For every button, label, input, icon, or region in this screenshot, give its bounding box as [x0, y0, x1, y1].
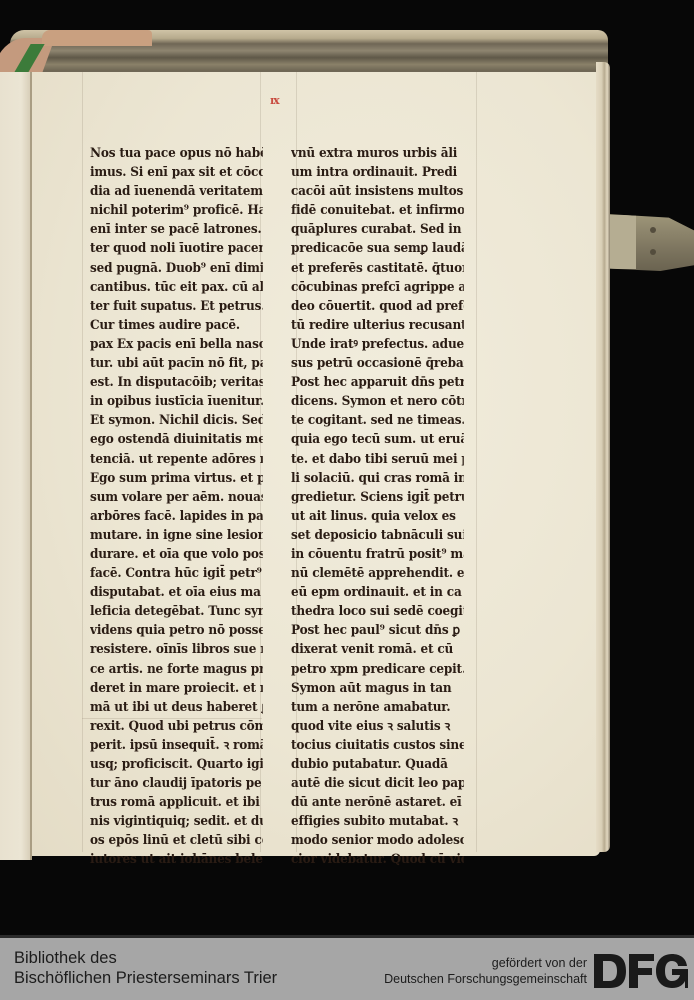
manuscript-line: gredietur. Sciens igit̄ petrus	[291, 487, 464, 506]
manuscript-line: Unde iratꝰ prefectus. aduer	[291, 334, 464, 353]
manuscript-line: os epōs linū et cletū sibi coad	[90, 830, 263, 849]
manuscript-line: tocius ciuitatis custos sine	[291, 735, 464, 754]
manuscript-line: Cur times audire pacē.	[90, 315, 263, 334]
footer-bar: Bibliothek des Bischöflichen Priestersem…	[0, 935, 694, 1000]
manuscript-line: rexit. Quod ubi petrus cōm	[90, 716, 263, 735]
manuscript-line: sed pugnā. Duob⁹ enī dimi	[90, 258, 263, 277]
manuscript-line: est. In disputacōib; veritas.	[90, 372, 263, 391]
dfg-logo-icon	[594, 954, 688, 988]
manuscript-line: quia ego tecū sum. ut eruā	[291, 429, 464, 448]
manuscript-line: nichil poterim⁹ proficē. Habēt	[90, 200, 263, 219]
manuscript-line: tum a nerōne amabatur.	[291, 697, 464, 716]
manuscript-line: deret in mare proiecit. et ro	[90, 678, 263, 697]
manuscript-line: mā ut ibi ut deus haberet ꝑ	[90, 697, 263, 716]
funding-notice: gefördert von der Deutschen Forschungsge…	[384, 955, 587, 987]
manuscript-line: ut ait linus. quia velox es	[291, 506, 464, 525]
book-clasp	[610, 213, 694, 271]
manuscript-line: resistere. oīnīs libros sue magi	[90, 639, 263, 658]
manuscript-line: mutare. in igne sine lesione	[90, 525, 263, 544]
manuscript-line: Post hec paul⁹ sicut dn̄s ꝑ	[291, 620, 464, 639]
manuscript-line: ter quod noli īuotire pacem,	[90, 238, 263, 257]
manuscript-line: durare. et oīa que volo possū	[90, 544, 263, 563]
manuscript-viewer: ıx Nos tua pace opus nō habēimus. Si enī…	[0, 0, 694, 935]
manuscript-line: cantibus. tūc eit pax. cū al	[90, 277, 263, 296]
manuscript-line: ego ostendā diuinitatis mee po	[90, 429, 263, 448]
manuscript-line: dixerat venit romā. et cū	[291, 639, 464, 658]
ruling-line	[82, 72, 83, 852]
manuscript-line: predicacōe sua semꝑ laudās	[291, 238, 464, 257]
manuscript-line: videns quia petro nō posset	[90, 620, 263, 639]
manuscript-line: petro xpm predicare cepit.	[291, 659, 464, 678]
manuscript-line: nis vigintiquiq; sedit. et du	[90, 811, 263, 830]
manuscript-line: leficia detegēbat. Tunc symō	[90, 601, 263, 620]
rivet-icon	[650, 227, 656, 233]
manuscript-line: facē. Contra hūc igit̄ petr⁹	[90, 563, 263, 582]
funding-line1: gefördert von der	[384, 955, 587, 971]
manuscript-line: deo cōuertit. quod ad prefec	[291, 296, 464, 315]
manuscript-line: arbōres facē. lapides in panē	[90, 506, 263, 525]
library-name-line2: Bischöflichen Priesterseminars Trier	[14, 968, 277, 988]
manuscript-line: um intra ordinauit. Predi	[291, 162, 464, 181]
page-fore-edge	[596, 62, 610, 852]
manuscript-line: quod vite eius ꝛ salutis ꝛ	[291, 716, 464, 735]
manuscript-line: quāplures curabat. Sed in	[291, 219, 464, 238]
manuscript-line: disputabat. et oīa eius ma	[90, 582, 263, 601]
manuscript-line: tenciā. ut repente adōres me.	[90, 449, 263, 468]
manuscript-line: te. et dabo tibi seruū mei pau	[291, 449, 464, 468]
manuscript-line: vnū extra muros urbis āli	[291, 143, 464, 162]
manuscript-line: nū clemētē apprehendit. et	[291, 563, 464, 582]
manuscript-line: dia ad īuenendā veritatem.	[90, 181, 263, 200]
manuscript-line: modo senior modo adolescen	[291, 830, 464, 849]
manuscript-line: dubio putabatur. Quadā	[291, 754, 464, 773]
manuscript-line: ce artis. ne forte magus pro	[90, 659, 263, 678]
manuscript-line: li solaciū. qui cras romā in	[291, 468, 464, 487]
manuscript-line: effigies subito mutabat. ꝛ	[291, 811, 464, 830]
leather-cover-edge	[42, 30, 152, 46]
manuscript-line: sum volare per aēm. nouas	[90, 487, 263, 506]
funding-line2: Deutschen Forschungsgemeinschaft	[384, 971, 587, 987]
manuscript-line: Post hec apparuit dn̄s petro	[291, 372, 464, 391]
manuscript-line: pax Ex pacis enī bella nascū	[90, 334, 263, 353]
clasp-pad	[610, 215, 636, 269]
manuscript-line: imus. Si enī pax sit et cōcor	[90, 162, 263, 181]
manuscript-line: Symon aūt magus in tan	[291, 678, 464, 697]
manuscript-line: fidē conuitebat. et infirmos	[291, 200, 464, 219]
text-column-right: vnū extra muros urbis ālium intra ordina…	[291, 143, 471, 869]
manuscript-line: thedra loco sui sedē coegit.	[291, 601, 464, 620]
ruling-line	[476, 72, 477, 852]
manuscript-line: Ego sum prima virtus. et pos	[90, 468, 263, 487]
manuscript-line: et preferēs castitatē. q̄tuor	[291, 258, 464, 277]
manuscript-line: in cōuentu fratrū posit⁹ ma	[291, 544, 464, 563]
manuscript-line: set deposicio tabnāculi sui.	[291, 525, 464, 544]
manuscript-line: perit. ipsū insequit̄. ꝛ romā	[90, 735, 263, 754]
manuscript-line: tur. ubi aūt pacīn nō fit, pax	[90, 353, 263, 372]
manuscript-line: cacōi aūt insistens multos ad	[291, 181, 464, 200]
manuscript-line: usq; proficiscit. Quarto igi	[90, 754, 263, 773]
manuscript-line: Et symon. Nichil dicis. Sed	[90, 410, 263, 429]
manuscript-line: tur āno claudij īpatoris pe	[90, 773, 263, 792]
manuscript-line: Nos tua pace opus nō habē	[90, 143, 263, 162]
manuscript-line: eū epm ordinauit. et in ca	[291, 582, 464, 601]
manuscript-line: iutores ut ait iohānes beleth.	[90, 849, 263, 868]
manuscript-line: dū ante nerōnē astaret. eī	[291, 792, 464, 811]
manuscript-line: cōcubinas prefcī agrippe a	[291, 277, 464, 296]
manuscript-line: ter fuit supatus. Et petrus.	[90, 296, 263, 315]
library-name: Bibliothek des Bischöflichen Priestersem…	[14, 948, 277, 988]
manuscript-line: cior videbatur. Quod cū videret	[291, 849, 464, 868]
manuscript-line: dicens. Symon et nero cōtr	[291, 391, 464, 410]
book-block-top-edge	[10, 30, 608, 76]
manuscript-line: trus romā applicuit. et ibi an	[90, 792, 263, 811]
manuscript-line: sus petrū occasionē q̄rebat.	[291, 353, 464, 372]
manuscript-line: tū redire ulterius recusant.	[291, 315, 464, 334]
left-page-edge	[0, 72, 32, 860]
folio-number: ıx	[270, 94, 279, 107]
rivet-icon	[650, 249, 656, 255]
manuscript-line: enī inter se pacē latrones. ꝑ	[90, 219, 263, 238]
manuscript-line: te cogitant. sed ne timeas.	[291, 410, 464, 429]
manuscript-line: autē die sicut dicit leo papa	[291, 773, 464, 792]
text-column-left: Nos tua pace opus nō habēimus. Si enī pa…	[90, 143, 270, 869]
manuscript-line: in opibus iustīcia īuenitur.	[90, 391, 263, 410]
library-name-line1: Bibliothek des	[14, 948, 277, 968]
